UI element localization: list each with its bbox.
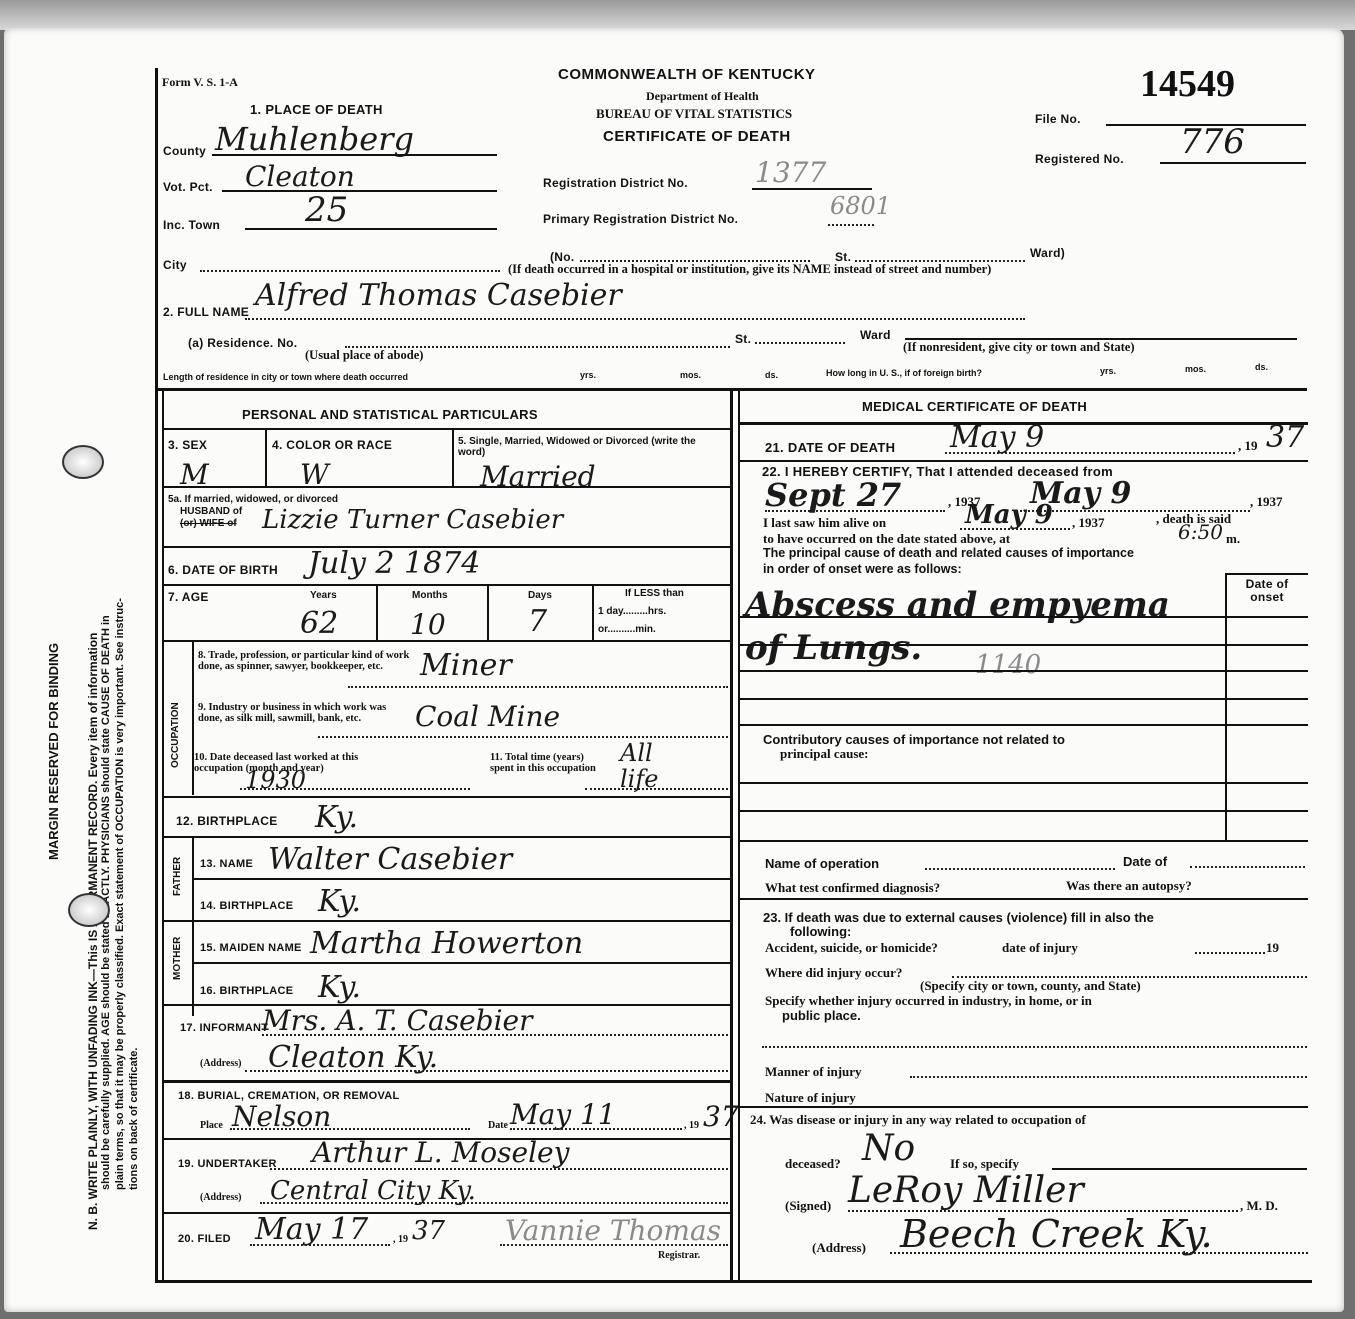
informant-address-label: (Address) — [200, 1058, 241, 1069]
vot-pct-label: Vot. Pct. — [163, 180, 213, 194]
industry-label: 9. Industry or business in which work wa… — [198, 702, 413, 724]
years-label: Years — [310, 590, 337, 601]
principal-cause-1: The principal cause of death and related… — [763, 546, 1134, 560]
cell-divider — [265, 428, 267, 486]
occurred-label: to have occurred on the date stated abov… — [763, 531, 1010, 547]
column-divider — [730, 390, 733, 1280]
binding-punch-hole — [62, 445, 104, 479]
months-label: Months — [412, 590, 448, 601]
father-name-label: 13. NAME — [200, 858, 253, 870]
occurred-suffix: m. — [1226, 531, 1240, 547]
father-side-label: FATHER — [172, 857, 183, 896]
row-line — [162, 796, 730, 798]
injury-date-line — [1195, 952, 1265, 954]
less-than-label: If LESS than — [625, 588, 684, 599]
informant-label: 17. INFORMANT — [180, 1022, 268, 1034]
primary-reg-district-label: Primary Registration District No. — [543, 212, 738, 226]
residence-st-line — [755, 342, 845, 344]
contributory-line — [740, 840, 1308, 842]
spouse-label-2: HUSBAND of — [180, 506, 242, 517]
age-label: 7. AGE — [168, 590, 209, 604]
industry-value: Coal Mine — [415, 700, 560, 733]
row-line — [162, 920, 730, 922]
full-name-value: Alfred Thomas Casebier — [255, 278, 622, 313]
last-saw-line — [960, 528, 1070, 530]
cause-line-1: Abscess and empyema — [745, 585, 1170, 625]
total-time-label: 11. Total time (years) spent in this occ… — [490, 752, 610, 774]
reg-district-value: 1377 — [755, 156, 826, 189]
nature-label: Nature of injury — [765, 1090, 856, 1106]
margin-instruction-line-3: plain terms, so that it may be properly … — [114, 598, 126, 1190]
injury-date-label: date of injury — [1002, 940, 1078, 956]
length-residence-label: Length of residence in city or town wher… — [163, 372, 408, 383]
binding-punch-hole — [68, 893, 110, 927]
md-label: , M. D. — [1240, 1198, 1278, 1214]
document-title: CERTIFICATE OF DEATH — [603, 128, 791, 145]
occurred-time: 6:50 — [1178, 520, 1223, 544]
cause-line — [740, 670, 1308, 672]
attended-from-value: Sept 27 — [765, 476, 901, 514]
filed-year-value: 37 — [412, 1216, 445, 1246]
contributory-line — [740, 782, 1308, 784]
months-value: 10 — [410, 608, 446, 641]
mother-name-value: Martha Howerton — [310, 926, 583, 961]
stamp-number: 14549 — [1140, 62, 1235, 106]
contributory-label-1: Contributory causes of importance not re… — [763, 732, 1065, 747]
city-label: City — [163, 258, 187, 272]
nonresident-note: (If nonresident, give city or town and S… — [903, 340, 1134, 355]
dob-value: July 2 1874 — [308, 546, 480, 581]
trade-value: Miner — [420, 648, 512, 683]
undertaker-value: Arthur L. Moseley — [312, 1136, 569, 1169]
row-line — [162, 836, 730, 838]
margin-instruction-line-4: tions on back of certificate. — [128, 1048, 140, 1190]
days-label: Days — [528, 590, 552, 601]
cell-divider — [592, 584, 594, 640]
trade-line — [348, 686, 728, 688]
injury-year: 19 — [1266, 940, 1279, 956]
autopsy-label: Was there an autopsy? — [1066, 878, 1192, 894]
filed-label: 20. FILED — [178, 1233, 231, 1245]
cell-divider — [452, 428, 454, 486]
registrar-label: Registrar. — [658, 1250, 700, 1261]
operation-line — [925, 868, 1115, 870]
occ-related-label-1: 24. Was disease or injury in any way rel… — [750, 1112, 1086, 1128]
where-label: Where did injury occur? — [765, 965, 902, 981]
informant-line — [262, 1034, 728, 1036]
medical-heading: MEDICAL CERTIFICATE OF DEATH — [862, 399, 1087, 414]
signed-label: (Signed) — [785, 1198, 831, 1214]
mother-name-label: 15. MAIDEN NAME — [200, 942, 302, 954]
father-birthplace-value: Ky. — [318, 884, 361, 919]
registered-no-label: Registered No. — [1035, 152, 1124, 166]
specify-city-note: (Specify city or town, county, and State… — [920, 978, 1141, 994]
full-name-label: 2. FULL NAME — [163, 305, 249, 319]
onset-top-line — [1225, 573, 1308, 575]
row-line — [162, 486, 730, 488]
inc-town-label: Inc. Town — [163, 218, 220, 232]
department-name: Department of Health — [646, 89, 759, 104]
years-value: 62 — [300, 606, 338, 641]
cause-line — [740, 724, 1308, 726]
vot-pct-line — [222, 190, 497, 192]
bureau-name: BUREAU OF VITAL STATISTICS — [596, 106, 792, 122]
usual-abode-note: (Usual place of abode) — [305, 348, 423, 363]
row-line — [162, 584, 730, 586]
address-label: (Address) — [812, 1240, 866, 1256]
length-mos-label: mos. — [680, 370, 701, 381]
total-time-value: All life — [620, 740, 680, 792]
address-line — [890, 1252, 1308, 1254]
marital-value: Married — [480, 460, 596, 493]
ward-label: Ward) — [1030, 246, 1065, 260]
contributory-line — [740, 810, 1308, 812]
industry-line — [318, 736, 728, 738]
onset-column-divider — [1225, 573, 1227, 841]
margin-reserved-text: MARGIN RESERVED FOR BINDING — [46, 643, 61, 860]
vot-pct-value: Cleaton — [245, 160, 355, 193]
personal-heading: PERSONAL AND STATISTICAL PARTICULARS — [242, 407, 538, 422]
residence-st-label: St. — [735, 332, 751, 346]
burial-place-line — [230, 1128, 470, 1130]
accident-label: Accident, suicide, or homicide? — [765, 940, 938, 956]
external-label-2: following: — [790, 924, 851, 939]
specify-whether-1: Specify whether injury occurred in indus… — [765, 993, 1092, 1009]
place-of-death-heading: 1. PLACE OF DEATH — [250, 102, 383, 117]
informant-address-line — [245, 1070, 728, 1072]
last-saw-year: , 1937 — [1072, 515, 1105, 531]
how-long-us-label: How long in U. S., if of foreign birth? — [826, 368, 982, 379]
left-inner-border — [162, 390, 164, 1280]
right-column-border — [738, 390, 740, 1280]
registered-no-line — [1160, 162, 1306, 164]
burial-date-line — [510, 1128, 682, 1130]
inc-town-value: 25 — [305, 190, 348, 230]
inc-town-line — [245, 228, 497, 230]
undertaker-line — [270, 1168, 728, 1170]
mother-side-label: MOTHER — [172, 937, 183, 980]
occ-related-value: No — [862, 1128, 915, 1169]
city-line — [200, 270, 500, 272]
less-than-min: or..........min. — [598, 624, 656, 635]
row-line — [740, 460, 1308, 462]
cause-line — [740, 616, 1308, 618]
less-than-hrs: 1 day.........hrs. — [598, 606, 666, 617]
address-value: Beech Creek Ky. — [900, 1212, 1213, 1256]
total-time-line — [585, 788, 728, 790]
row-line — [740, 1106, 1308, 1108]
cause-code: 1140 — [975, 650, 1041, 680]
agency-name: COMMONWEALTH OF KENTUCKY — [558, 66, 816, 83]
specify-line — [762, 1046, 1307, 1048]
row-line — [162, 1080, 730, 1083]
residence-label: (a) Residence. No. — [188, 336, 297, 350]
row-line — [192, 962, 730, 964]
sex-label: 3. SEX — [168, 438, 207, 452]
attended-to-year: , 1937 — [1250, 494, 1283, 510]
operation-date-label: Date of — [1123, 854, 1167, 869]
cause-line — [740, 698, 1308, 700]
dod-label: 21. DATE OF DEATH — [765, 440, 895, 455]
burial-place-label: Place — [200, 1120, 223, 1131]
length-ds-label: ds. — [765, 370, 778, 381]
primary-reg-district-value: 6801 — [830, 192, 891, 220]
burial-date-label: Date — [488, 1120, 508, 1131]
spouse-value: Lizzie Turner Casebier — [262, 505, 563, 535]
filed-year-prefix: , 19 — [393, 1234, 408, 1245]
father-birthplace-label: 14. BIRTHPLACE — [200, 900, 293, 912]
cause-line-2: of Lungs. — [745, 628, 922, 668]
registrar-signature: Vannie Thomas — [505, 1214, 721, 1247]
filed-line — [250, 1244, 390, 1246]
cause-line — [740, 644, 1308, 646]
occ-related-label-2: deceased? — [785, 1156, 841, 1172]
mother-birthplace-label: 16. BIRTHPLACE — [200, 985, 293, 997]
test-label: What test confirmed diagnosis? — [765, 880, 940, 896]
registered-no-value: 776 — [1180, 122, 1245, 162]
operation-date-line — [1190, 866, 1305, 868]
occupation-side-label: OCCUPATION — [170, 702, 181, 768]
cell-divider — [487, 584, 489, 640]
race-label: 4. COLOR OR RACE — [272, 438, 392, 452]
spouse-label-1: 5a. If married, widowed, or divorced — [168, 494, 338, 505]
spouse-label-3: (or) WIFE of — [180, 518, 237, 529]
contributory-label-2: principal cause: — [780, 746, 868, 762]
last-saw-label: I last saw him alive on — [763, 515, 886, 531]
form-bottom-border — [157, 1280, 1312, 1283]
burial-year-value: 37 — [703, 1100, 739, 1133]
dod-year-prefix: , 19 — [1238, 438, 1258, 454]
manner-line — [910, 1076, 1307, 1078]
specify-whether-2: public place. — [782, 1008, 861, 1023]
registrar-line — [500, 1244, 728, 1246]
last-saw-value: May 9 — [965, 500, 1053, 530]
mother-birthplace-value: Ky. — [318, 970, 361, 1005]
principal-cause-2: in order of onset were as follows: — [763, 562, 962, 576]
row-line — [162, 428, 730, 430]
trade-label: 8. Trade, profession, or particular kind… — [198, 650, 413, 672]
date-of-onset-label: Date of onset — [1237, 578, 1297, 604]
form-left-border — [155, 68, 158, 1283]
primary-reg-district-line — [828, 224, 874, 226]
marital-label: 5. Single, Married, Widowed or Divorced … — [458, 436, 698, 458]
dod-year-value: 37 — [1266, 420, 1304, 455]
days-value: 7 — [528, 604, 547, 639]
undertaker-address-label: (Address) — [200, 1192, 241, 1203]
us-mos-label: mos. — [1185, 364, 1206, 375]
filed-value: May 17 — [255, 1212, 368, 1247]
burial-year-prefix: , 19 — [684, 1120, 699, 1131]
row-line — [192, 878, 730, 880]
row-line — [162, 640, 730, 642]
margin-instruction-line-1: N. B. WRITE PLAINLY, WITH UNFADING INK—T… — [86, 633, 100, 1230]
undertaker-address-line — [260, 1202, 728, 1204]
birthplace-value: Ky. — [315, 800, 358, 835]
row-line — [740, 898, 1308, 900]
reg-district-label: Registration District No. — [543, 176, 688, 190]
length-yrs-label: yrs. — [580, 370, 596, 381]
parents-side-divider — [192, 836, 194, 1016]
dob-label: 6. DATE OF BIRTH — [168, 563, 278, 577]
county-line — [212, 154, 497, 156]
informant-value: Mrs. A. T. Casebier — [262, 1004, 533, 1037]
dod-line — [945, 452, 1235, 454]
operation-label: Name of operation — [765, 856, 879, 871]
undertaker-label: 19. UNDERTAKER — [178, 1158, 277, 1170]
manner-label: Manner of injury — [765, 1064, 862, 1080]
burial-date-value: May 11 — [510, 1098, 616, 1131]
if-so-line — [1052, 1168, 1307, 1170]
external-label-1: 23. If death was due to external causes … — [763, 910, 1154, 925]
residence-ward-label: Ward — [860, 328, 891, 342]
attended-from-line — [765, 510, 945, 512]
hospital-note: (If death occurred in a hospital or inst… — [508, 262, 991, 277]
county-value: Muhlenberg — [215, 120, 414, 158]
file-no-label: File No. — [1035, 112, 1081, 126]
county-label: County — [163, 144, 206, 158]
birthplace-label: 12. BIRTHPLACE — [176, 814, 278, 828]
father-name-value: Walter Casebier — [268, 842, 512, 877]
us-yrs-label: yrs. — [1100, 366, 1116, 377]
full-name-line — [245, 318, 1025, 320]
signed-value: LeRoy Miller — [848, 1170, 1084, 1211]
last-worked-line — [240, 788, 470, 790]
dod-value: May 9 — [950, 420, 1044, 455]
us-ds-label: ds. — [1255, 362, 1268, 373]
form-id: Form V. S. 1-A — [162, 75, 238, 90]
cell-divider — [376, 584, 378, 640]
reg-district-line — [752, 188, 872, 190]
scan-top-shadow — [0, 0, 1355, 30]
